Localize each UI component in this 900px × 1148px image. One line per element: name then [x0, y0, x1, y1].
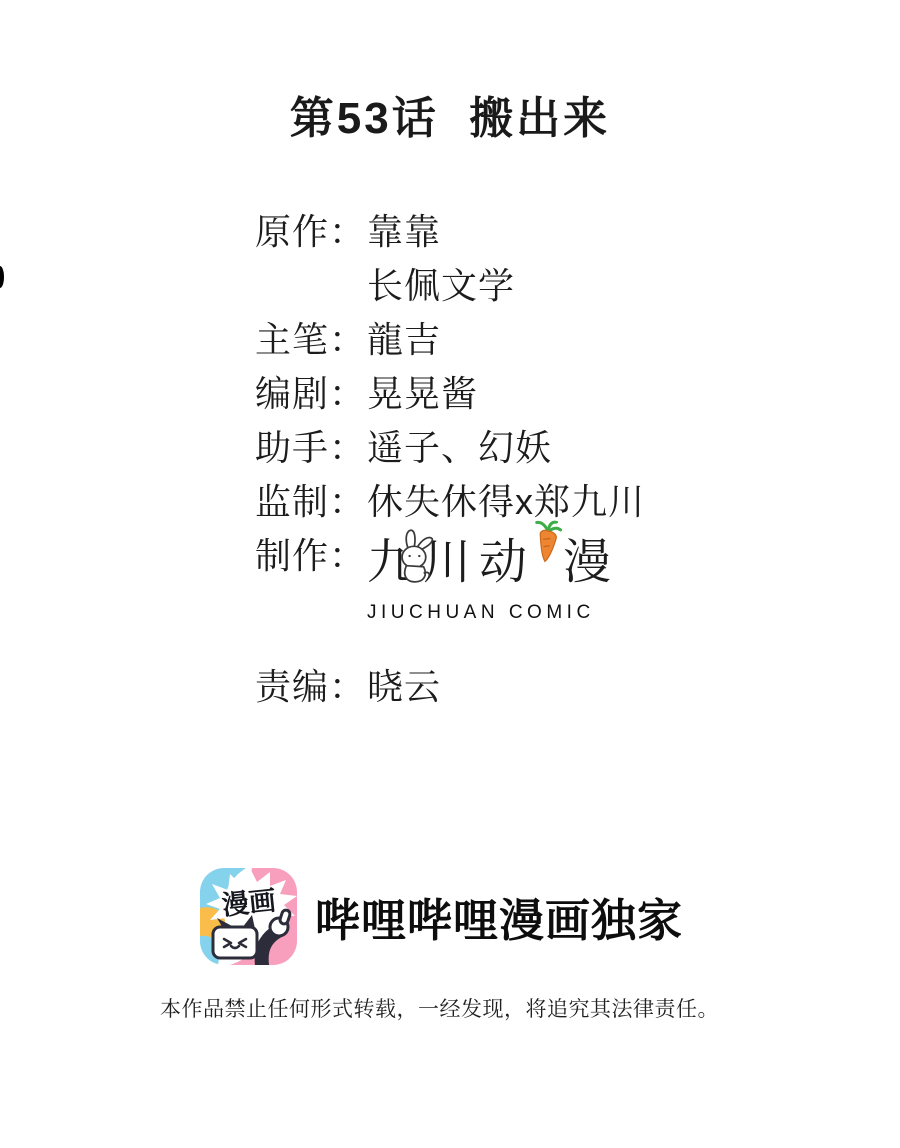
credit-person-value: 晓云: [367, 667, 441, 707]
credit-person-value: 遥子、幻妖: [367, 428, 552, 468]
credit-role-label: 主笔：: [255, 320, 367, 360]
credit-role-label: 原作：: [255, 212, 367, 252]
credit-row-original-source: 长佩文学: [255, 266, 645, 306]
platform-exclusive-title: 哔哩哔哩漫画独家: [315, 884, 683, 949]
credit-person-value: 休失休得x郑九川: [367, 482, 645, 522]
credit-role-label: 助手：: [255, 428, 367, 468]
credit-person-value: 龍吉: [367, 320, 441, 360]
studio-chars: 川动: [423, 536, 535, 590]
carrot-icon: [529, 518, 565, 565]
credit-row-scriptwriter: 编剧： 晃晃酱: [255, 374, 645, 414]
page-edge-ink-mark: [0, 266, 4, 288]
credit-person-value: 晃晃酱: [367, 374, 478, 414]
chapter-title: 第53话 搬出来: [0, 82, 900, 146]
app-logo-text: 漫画: [220, 885, 277, 920]
credit-row-lead-artist: 主笔： 龍吉: [255, 320, 645, 360]
credit-role-label: 责编：: [255, 667, 367, 707]
credits-block: 原作： 靠靠 长佩文学 主笔： 龍吉 编剧： 晃晃酱 助手： 遥子、幻妖 监制：…: [255, 212, 645, 721]
copyright-disclaimer: 本作品禁止任何形式转载，一经发现，将追究其法律责任。: [160, 993, 719, 1023]
credit-role-label: 监制：: [255, 482, 367, 522]
carrot-wrap: [535, 536, 563, 590]
studio-logo-wordmark: 九 川动: [367, 536, 619, 590]
credit-role-label: 制作：: [255, 536, 367, 576]
tv-face-icon: [213, 927, 257, 958]
platform-branding: 漫画 哔哩哔哩漫画独家: [200, 868, 683, 965]
studio-subtitle: JIUCHUAN COMIC: [367, 593, 619, 633]
studio-char: 漫: [563, 536, 619, 590]
credit-row-original-author: 原作： 靠靠: [255, 212, 645, 252]
credit-row-production-studio: 制作： 九 川动: [255, 536, 645, 633]
credit-row-supervisors: 监制： 休失休得x郑九川: [255, 482, 645, 522]
bilibili-comics-app-icon: 漫画: [200, 868, 297, 965]
credit-role-label: 编剧：: [255, 374, 367, 414]
credit-person-value: 靠靠: [367, 212, 441, 252]
credit-person-value: 长佩文学: [367, 266, 515, 306]
rabbit-icon: [393, 528, 437, 584]
credit-row-assistants: 助手： 遥子、幻妖: [255, 428, 645, 468]
studio-logo-block: 九 川动: [367, 536, 619, 633]
credit-row-editor: 责编： 晓云: [255, 667, 645, 707]
